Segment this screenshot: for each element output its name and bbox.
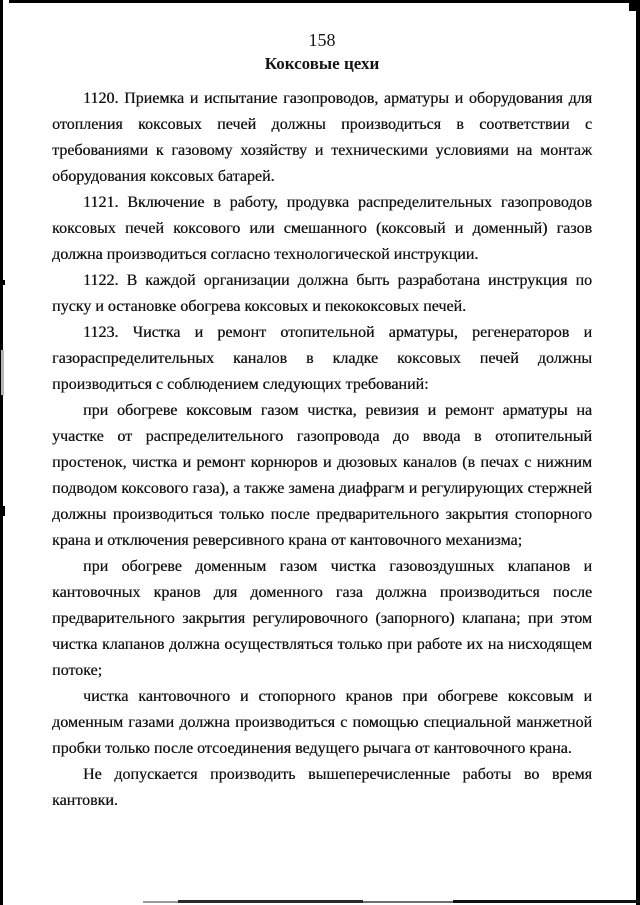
- document-content: 158 Коксовые цехи 1120. Приемка и испыта…: [52, 28, 592, 814]
- scan-speck: [0, 280, 5, 285]
- section-heading: Коксовые цехи: [52, 52, 592, 76]
- scan-speck: [1, 350, 4, 395]
- scan-artifact-bottom-line: [363, 901, 453, 903]
- scan-artifact-bottom-line: [143, 901, 178, 903]
- paragraph-1121: 1121. Включение в работу, продувка распр…: [52, 190, 592, 268]
- scan-artifact-bottom-line: [453, 900, 640, 903]
- paragraph-1122: 1122. В каждой организации должна быть р…: [52, 268, 592, 320]
- scan-border-top: [9, 0, 640, 3]
- paragraph-prohibition: Не допускается производить вышеперечисле…: [52, 762, 592, 814]
- page-number: 158: [52, 28, 592, 52]
- scan-border-left: [0, 0, 3, 905]
- scan-artifact-bottom-line: [178, 900, 363, 903]
- scan-border-right: [636, 0, 640, 905]
- scan-speck: [0, 506, 5, 516]
- paragraph-requirement-valve-cleaning: чистка кантовочного и стопорного кранов …: [52, 684, 592, 762]
- paragraph-requirement-coke-gas: при обогреве коксовым газом чистка, реви…: [52, 398, 592, 554]
- scan-corner-top-right: [629, 0, 640, 11]
- scanned-document-page: 158 Коксовые цехи 1120. Приемка и испыта…: [0, 0, 640, 905]
- paragraph-requirement-blast-furnace-gas: при обогреве доменным газом чистка газов…: [52, 554, 592, 684]
- paragraph-1123: 1123. Чистка и ремонт отопительной армат…: [52, 320, 592, 398]
- paragraph-1120: 1120. Приемка и испытание газопроводов, …: [52, 86, 592, 190]
